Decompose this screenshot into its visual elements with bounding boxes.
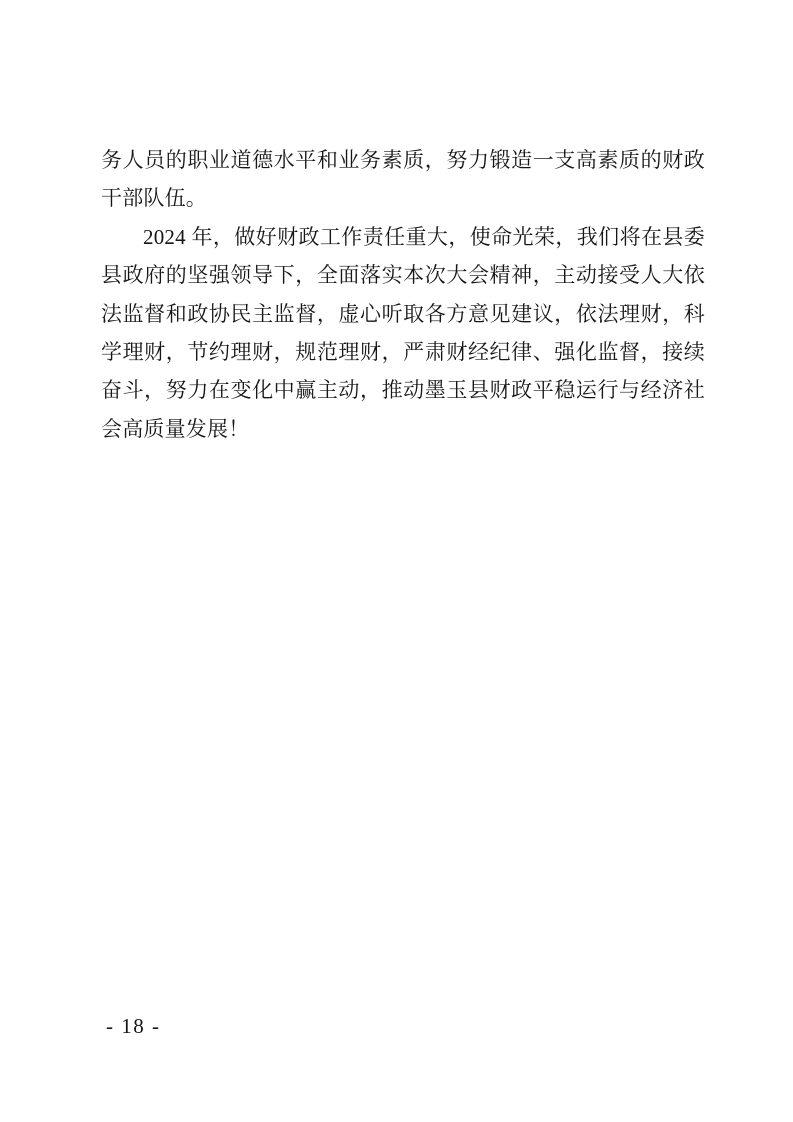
paragraph-1-line-2: 干部队伍。 bbox=[101, 179, 705, 217]
document-page: 务人员的职业道德水平和业务素质，努力锻造一支高素质的财政 干部队伍。 2024 … bbox=[0, 0, 793, 1122]
paragraph-2-line-4: 学理财，节约理财，规范理财，严肃财经纪律、强化监督，接续 bbox=[101, 333, 705, 371]
paragraph-1: 务人员的职业道德水平和业务素质，努力锻造一支高素质的财政 干部队伍。 bbox=[101, 141, 705, 218]
paragraph-2-line-3: 法监督和政协民主监督，虚心听取各方意见建议，依法理财，科 bbox=[101, 295, 705, 333]
paragraph-2-line-6: 会高质量发展！ bbox=[101, 410, 705, 448]
paragraph-2-line-1: 2024 年，做好财政工作责任重大，使命光荣，我们将在县委 bbox=[101, 218, 705, 256]
paragraph-1-line-1: 务人员的职业道德水平和业务素质，努力锻造一支高素质的财政 bbox=[101, 141, 705, 179]
paragraph-2-line-2: 县政府的坚强领导下，全面落实本次大会精神，主动接受人大依 bbox=[101, 256, 705, 294]
paragraph-2-line-5: 奋斗，努力在变化中赢主动，推动墨玉县财政平稳运行与经济社 bbox=[101, 371, 705, 409]
page-number: - 18 - bbox=[106, 1014, 161, 1038]
paragraph-2: 2024 年，做好财政工作责任重大，使命光荣，我们将在县委 县政府的坚强领导下，… bbox=[101, 218, 705, 448]
document-body-text: 务人员的职业道德水平和业务素质，努力锻造一支高素质的财政 干部队伍。 2024 … bbox=[101, 141, 705, 448]
